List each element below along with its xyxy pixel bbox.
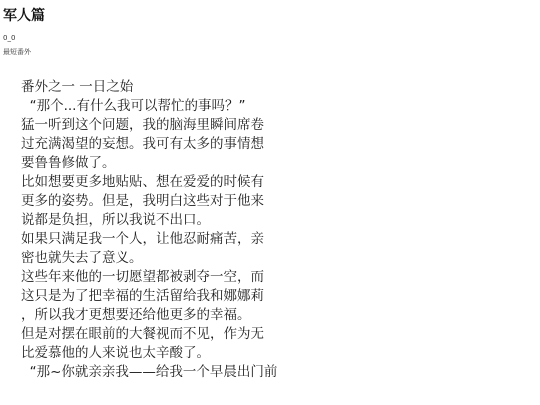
text-line: 比如想要更多地贴贴、想在爱爱的时候有 <box>21 173 283 192</box>
text-line: 比爱慕他的人来说也太辛酸了。 <box>21 344 283 363</box>
text-line: “那~你就亲亲我——给我一个早晨出门前 <box>21 363 283 382</box>
text-line: 这只是为了把幸福的生活留给我和娜娜莉 <box>21 287 283 306</box>
text-line: 番外之一 一日之始 <box>21 78 283 97</box>
text-line: 更多的姿势。但是，我明白这些对于他来 <box>21 192 283 211</box>
text-line: ，所以我才更想要还给他更多的幸福。 <box>21 306 283 325</box>
page-title: 军人篇 <box>3 7 45 25</box>
text-line: 猛一听到这个问题，我的脑海里瞬间席卷 <box>21 116 283 135</box>
text-line: 过充满渴望的妄想。我可有太多的事情想 <box>21 135 283 154</box>
text-line: 要鲁鲁修做了。 <box>21 154 283 173</box>
author-name: 0_0 <box>3 34 15 43</box>
chapter-tag: 最短番外 <box>3 48 31 57</box>
text-line: “那个...有什么我可以帮忙的事吗？” <box>21 97 283 116</box>
text-line: 这些年来他的一切愿望都被剥夺一空，而 <box>21 268 283 287</box>
text-line: 说都是负担，所以我说不出口。 <box>21 211 283 230</box>
text-line: 密也就失去了意义。 <box>21 249 283 268</box>
story-body: 番外之一 一日之始 “那个...有什么我可以帮忙的事吗？” 猛一听到这个问题，我… <box>21 78 283 382</box>
text-line: 但是对摆在眼前的大餐视而不见，作为无 <box>21 325 283 344</box>
text-line: 如果只满足我一个人，让他忍耐痛苦，亲 <box>21 230 283 249</box>
